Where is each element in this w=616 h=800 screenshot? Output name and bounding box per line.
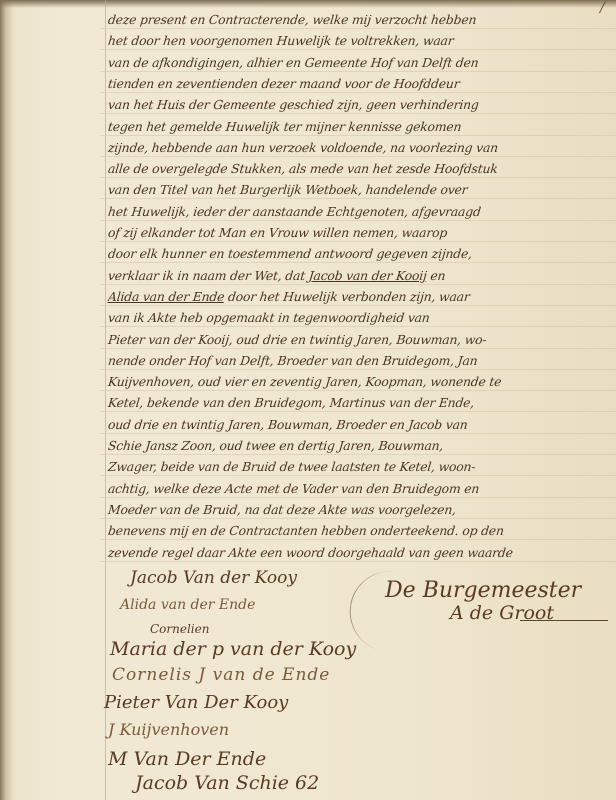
signature-bride: Alida van der Ende xyxy=(120,597,255,613)
record-line: Zwager, beide van de Bruid de twee laats… xyxy=(107,455,615,479)
record-line: Ketel, bekende van den Bruidegom, Martin… xyxy=(107,391,615,415)
record-line: Pieter van der Kooij, oud drie en twinti… xyxy=(107,328,615,352)
margin-rule xyxy=(105,0,106,800)
record-line: van ik Akte heb opgemaakt in tegenwoordi… xyxy=(107,306,615,330)
record-line: van de afkondigingen, alhier en Gemeente… xyxy=(107,51,615,75)
record-line: van het Huis der Gemeente geschied zijn,… xyxy=(107,93,615,117)
document-page: / deze present en Contracterende, welke … xyxy=(0,0,616,800)
signature-witness-3: J Kuijvenhoven xyxy=(108,720,229,739)
signature-mother: Maria der p van der Kooy xyxy=(110,638,356,660)
underlined-name: Alida van der Ende xyxy=(107,289,225,304)
record-line: tegen het gemelde Huwelijk ter mijner ke… xyxy=(107,115,615,139)
record-line: van den Titel van het Burgerlijk Wetboek… xyxy=(107,178,615,202)
signature-witness-1: Cornelis J van de Ende xyxy=(112,665,330,685)
mayor-title: De Burgemeester xyxy=(385,578,581,603)
signature-annotation: Cornelien xyxy=(150,622,209,636)
record-line: zevende regel daar Akte een woord doorge… xyxy=(107,541,615,565)
record-line: door elk hunner en toestemmend antwoord … xyxy=(107,242,615,266)
mayor-underline xyxy=(520,620,608,621)
record-line: het door hen voorgenomen Huwelijk te vol… xyxy=(107,29,615,53)
record-line: achtig, welke deze Acte met de Vader van… xyxy=(107,477,615,501)
signature-witness-5: Jacob Van Schie 62 xyxy=(135,772,319,794)
signature-groom: Jacob Van der Kooy xyxy=(130,568,297,588)
record-line: benevens mij en de Contractanten hebben … xyxy=(107,519,615,543)
record-line: verklaar ik in naam der Wet, dat Jacob v… xyxy=(107,264,615,288)
underlined-name: Jacob van der Kooij xyxy=(308,268,427,283)
signature-witness-4: M Van Der Ende xyxy=(108,748,266,770)
page-top-shadow xyxy=(0,0,616,8)
signature-witness-2: Pieter Van Der Kooy xyxy=(104,692,288,713)
